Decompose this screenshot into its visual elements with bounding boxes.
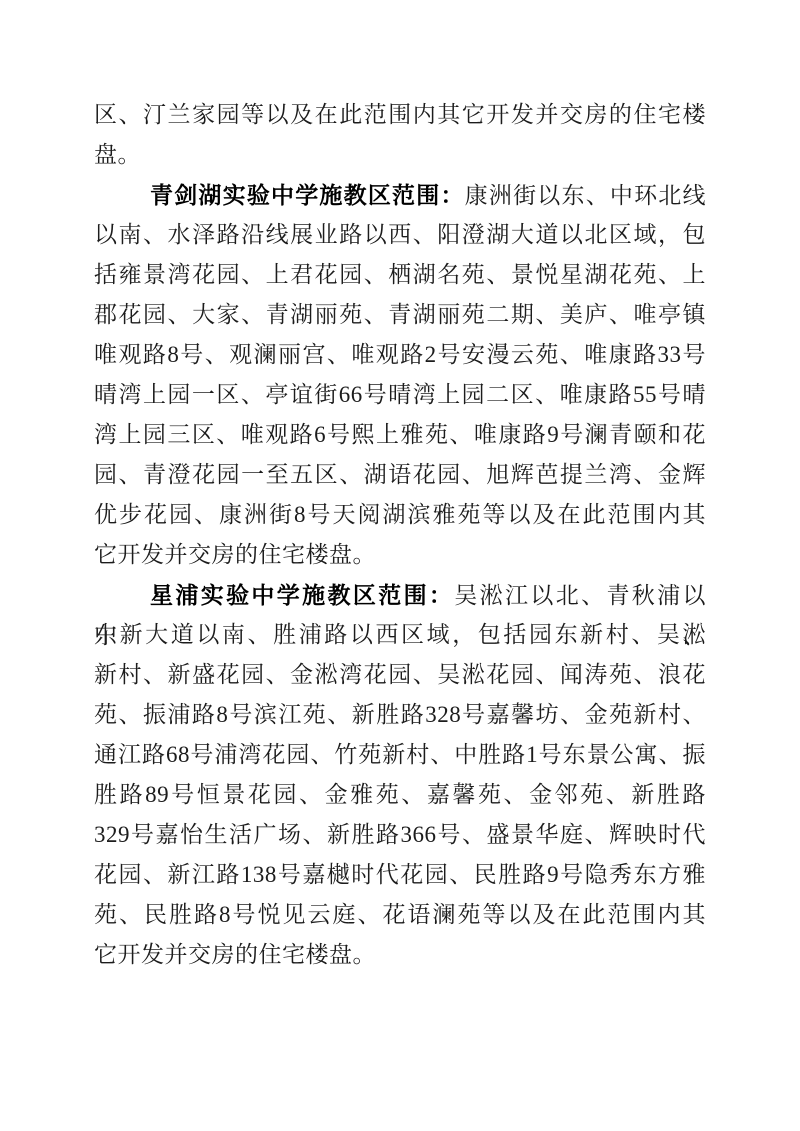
section-heading-line-qingjianhu: 青剑湖实验中学施教区范围：康洲街以东、中环北线	[94, 175, 706, 215]
text-line: 新村、新盛花园、金淞湾花园、吴淞花园、闻涛苑、浪花	[94, 655, 706, 695]
text-line: 以南、水泽路沿线展业路以西、阳澄湖大道以北区域，包	[94, 215, 706, 255]
document-page: 区、汀兰家园等以及在此范围内其它开发并交房的住宅楼 盘。 青剑湖实验中学施教区范…	[0, 0, 800, 1131]
text-line: 园、青澄花园一至五区、湖语花园、旭辉芭提兰湾、金辉	[94, 455, 706, 495]
text-line: 中新大道以南、胜浦路以西区域，包括园东新村、吴淞	[94, 615, 706, 655]
text-line: 苑、民胜路8号悦见云庭、花语澜苑等以及在此范围内其	[94, 895, 706, 935]
section-heading-line-xingpu: 星浦实验中学施教区范围：吴淞江以北、青秋浦以东、	[94, 575, 706, 615]
text-line: 唯观路8号、观澜丽宫、唯观路2号安漫云苑、唯康路33号	[94, 335, 706, 375]
section-heading-qingjianhu: 青剑湖实验中学施教区范围：	[150, 182, 465, 208]
text-line: 苑、振浦路8号滨江苑、新胜路328号嘉馨坊、金苑新村、	[94, 695, 706, 735]
paragraph-end-line: 它开发并交房的住宅楼盘。	[94, 535, 706, 575]
text-line: 花园、新江路138号嘉樾时代花园、民胜路9号隐秀东方雅	[94, 855, 706, 895]
text-line: 晴湾上园一区、亭谊街66号晴湾上园二区、唯康路55号晴	[94, 375, 706, 415]
text-line: 郡花园、大家、青湖丽苑、青湖丽苑二期、美庐、唯亭镇	[94, 295, 706, 335]
text-line: 胜路89号恒景花园、金雅苑、嘉馨苑、金邻苑、新胜路	[94, 775, 706, 815]
paragraph-end-line: 盘。	[94, 135, 706, 175]
paragraph-end-line: 它开发并交房的住宅楼盘。	[94, 935, 706, 975]
text-block: 区、汀兰家园等以及在此范围内其它开发并交房的住宅楼 盘。 青剑湖实验中学施教区范…	[94, 95, 706, 975]
text-line: 湾上园三区、唯观路6号熙上雅苑、唯康路9号澜青颐和花	[94, 415, 706, 455]
section-heading-xingpu: 星浦实验中学施教区范围：	[150, 582, 454, 608]
text-line: 区、汀兰家园等以及在此范围内其它开发并交房的住宅楼	[94, 95, 706, 135]
text-line: 括雍景湾花园、上君花园、栖湖名苑、景悦星湖花苑、上	[94, 255, 706, 295]
text-line: 329号嘉怡生活广场、新胜路366号、盛景华庭、辉映时代	[94, 815, 706, 855]
text-line: 通江路68号浦湾花园、竹苑新村、中胜路1号东景公寓、振	[94, 735, 706, 775]
text-line: 优步花园、康洲街8号天阅湖滨雅苑等以及在此范围内其	[94, 495, 706, 535]
text-run: 康洲街以东、中环北线	[465, 183, 706, 208]
